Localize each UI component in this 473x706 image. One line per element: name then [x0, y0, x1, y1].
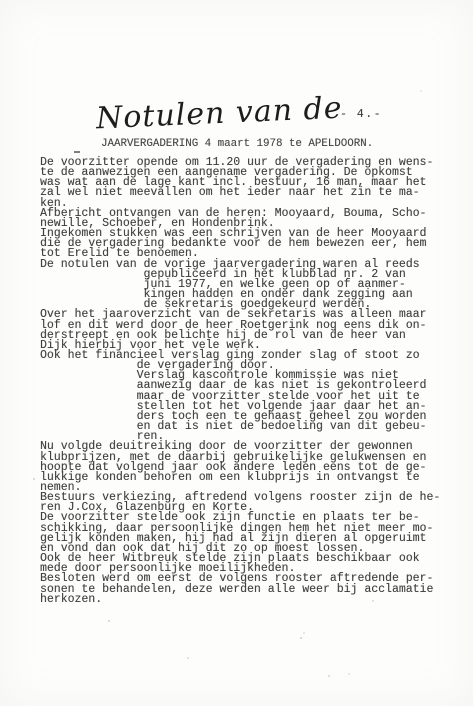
ink-artifact — [74, 151, 80, 153]
page-number: - 4.- — [340, 108, 382, 121]
minutes-body: De voorzitter opende om 11.20 uur de ver… — [40, 158, 440, 605]
document-page: Notulen van de - 4.- JAARVERGADERING 4 m… — [0, 0, 473, 706]
handwritten-heading: Notulen van de — [95, 91, 343, 137]
meeting-title: JAARVERGADERING 4 maart 1978 te APELDOOR… — [101, 138, 373, 150]
scan-specks — [0, 0, 2, 2]
